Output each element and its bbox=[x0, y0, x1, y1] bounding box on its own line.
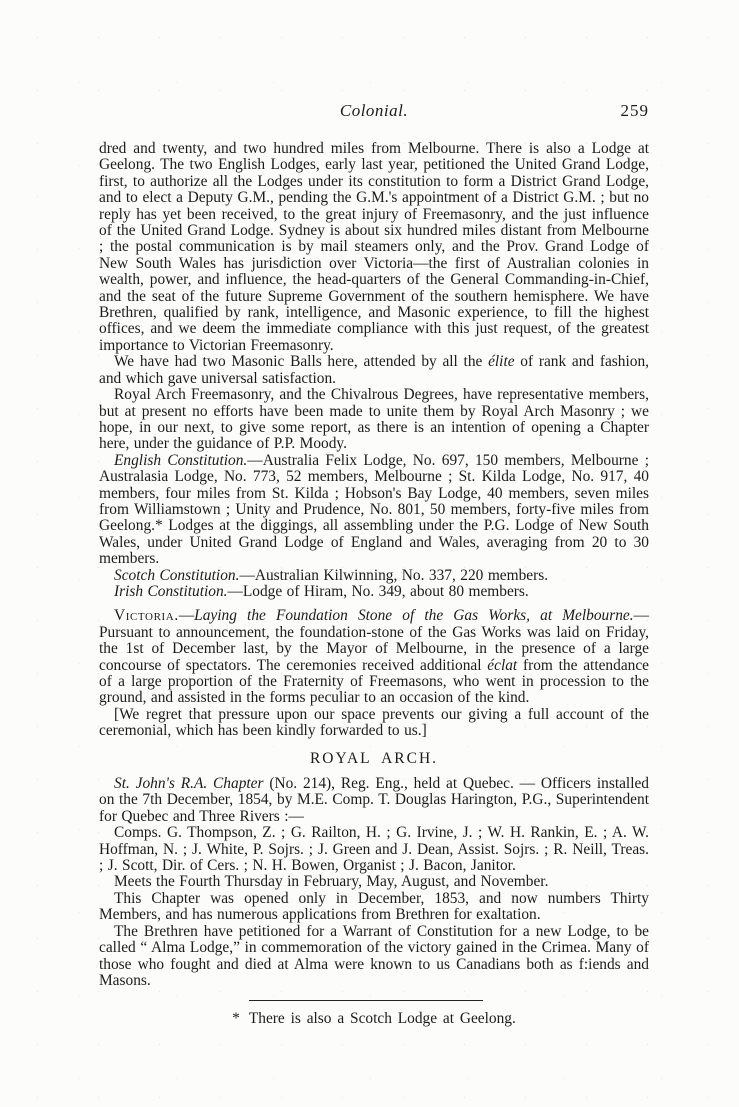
paragraph-masonic-balls: We have had two Masonic Balls here, atte… bbox=[99, 354, 649, 387]
section-heading-royal-arch: ROYAL ARCH. bbox=[99, 751, 649, 767]
text-segment: dred and twenty, and two hundred miles f… bbox=[99, 140, 649, 354]
footnote: *There is also a Scotch Lodge at Geelong… bbox=[99, 1011, 649, 1027]
paragraph-continuation: dred and twenty, and two hundred miles f… bbox=[99, 141, 649, 354]
text-segment: The Brethren have petitioned for a Warra… bbox=[99, 923, 649, 989]
paragraph-st-johns-chapter: St. John's R.A. Chapter (No. 214), Reg. … bbox=[99, 776, 649, 825]
text-segment: Royal Arch Freemasonry, and the Chivalro… bbox=[99, 386, 649, 452]
paragraph-alma-lodge: The Brethren have petitioned for a Warra… bbox=[99, 924, 649, 990]
italic-lead-irish-constitution: Irish Constitution. bbox=[114, 583, 227, 600]
paragraph-english-constitution: English Constitution.—Australia Felix Lo… bbox=[99, 453, 649, 568]
running-header: Colonial. 259 bbox=[99, 101, 649, 125]
smallcaps-lead-victoria: Victoria. bbox=[114, 607, 179, 624]
page-number: 259 bbox=[621, 101, 650, 121]
italic-chapter-name: St. John's R.A. Chapter bbox=[114, 775, 264, 792]
footnote-asterisk: * bbox=[232, 1010, 240, 1027]
text-segment: Meets the Fourth Thursday in February, M… bbox=[114, 873, 548, 890]
text-segment: —Australia Felix Lodge, No. 697, 150 mem… bbox=[99, 452, 649, 567]
italic-term-eclat: éclat bbox=[487, 657, 517, 674]
paragraph-editorial-note: [We regret that pressure upon our space … bbox=[99, 707, 649, 740]
italic-term-elite: élite bbox=[488, 353, 515, 370]
text-segment: [We regret that pressure upon our space … bbox=[99, 706, 649, 739]
paragraph-irish-constitution: Irish Constitution.—Lodge of Hiram, No. … bbox=[99, 584, 649, 600]
paragraph-scotch-constitution: Scotch Constitution.—Australian Kilwinni… bbox=[99, 568, 649, 584]
paragraph-royal-arch-freemasonry: Royal Arch Freemasonry, and the Chivalro… bbox=[99, 387, 649, 453]
running-title: Colonial. bbox=[99, 101, 649, 121]
italic-lead-scotch-constitution: Scotch Constitution. bbox=[114, 567, 239, 584]
body-text: dred and twenty, and two hundred miles f… bbox=[99, 141, 649, 1028]
text-segment: Comps. G. Thompson, Z. ; G. Railton, H. … bbox=[99, 824, 649, 874]
footnote-text: There is also a Scotch Lodge at Geelong. bbox=[249, 1010, 516, 1027]
printed-text-area: Colonial. 259 dred and twenty, and two h… bbox=[99, 101, 649, 1028]
paragraph-victoria-gas-works: Victoria.—Laying the Foundation Stone of… bbox=[99, 608, 649, 706]
italic-article-title: Laying the Foundation Stone of the Gas W… bbox=[194, 607, 633, 624]
paragraph-chapter-growth: This Chapter was opened only in December… bbox=[99, 891, 649, 924]
book-page: Colonial. 259 dred and twenty, and two h… bbox=[0, 0, 739, 1107]
footnote-divider bbox=[249, 1000, 483, 1001]
text-segment: —Australian Kilwinning, No. 337, 220 mem… bbox=[239, 567, 548, 584]
text-segment: We have had two Masonic Balls here, atte… bbox=[114, 353, 488, 370]
text-segment: — bbox=[179, 607, 194, 624]
text-segment: —Lodge of Hiram, No. 349, about 80 membe… bbox=[227, 583, 528, 600]
italic-lead-english-constitution: English Constitution. bbox=[114, 452, 247, 469]
paragraph-meeting-schedule: Meets the Fourth Thursday in February, M… bbox=[99, 874, 649, 890]
text-segment: This Chapter was opened only in December… bbox=[99, 890, 649, 923]
paragraph-officers-list: Comps. G. Thompson, Z. ; G. Railton, H. … bbox=[99, 825, 649, 874]
